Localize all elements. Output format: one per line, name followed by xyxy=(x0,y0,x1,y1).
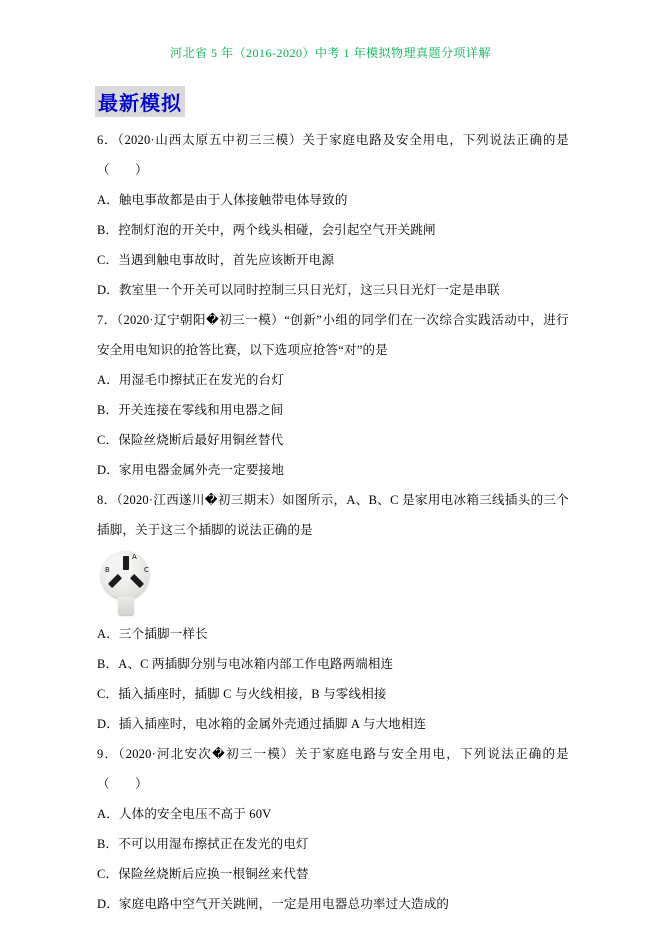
plug-stem xyxy=(118,597,134,615)
question-6: 6．（2020·山西太原五中初三三模）关于家庭电路及安全用电，下列说法正确的是（… xyxy=(97,125,569,305)
option-d: D．家庭电路中空气开关跳闸，一定是用电器总功率过大造成的 xyxy=(97,889,569,919)
option-b: B．控制灯泡的开关中，两个线头相碰，会引起空气开关跳闸 xyxy=(97,215,569,245)
option-a: A．人体的安全电压不高于 60V xyxy=(97,799,569,829)
option-c: C．保险丝烧断后应换一根铜丝来代替 xyxy=(97,859,569,889)
option-d: D．家用电器金属外壳一定要接地 xyxy=(97,455,569,485)
plug-prong-right-icon xyxy=(130,574,144,588)
option-b: B．不可以用湿布擦拭正在发光的电灯 xyxy=(97,829,569,859)
question-stem: 7．（2020·辽宁朝阳�初三一模）“创新”小组的同学们在一次综合实践活动中，进… xyxy=(97,305,569,365)
document-page: 河北省 5 年（2016-2020）中考 1 年模拟物理真题分项详解 最新模拟 … xyxy=(0,0,661,935)
plug-label-b: B xyxy=(105,567,110,574)
doc-title: 河北省 5 年（2016-2020）中考 1 年模拟物理真题分项详解 xyxy=(0,0,661,61)
question-stem: 8．（2020·江西遂川�初三期末）如图所示，A、B、C 是家用电冰箱三线插头的… xyxy=(97,485,569,545)
option-d: D．插入插座时，电冰箱的金属外壳通过插脚 A 与大地相连 xyxy=(97,709,569,739)
plug-head: A B C xyxy=(101,551,149,599)
section-title-row: 最新模拟 xyxy=(95,86,661,117)
question-stem: 9．（2020·河北安次�初三一模）关于家庭电路与安全用电，下列说法正确的是（ … xyxy=(97,739,569,799)
section-title: 最新模拟 xyxy=(95,86,185,117)
question-8: 8．（2020·江西遂川�初三期末）如图所示，A、B、C 是家用电冰箱三线插头的… xyxy=(97,485,569,739)
plug-figure: A B C xyxy=(99,551,157,617)
option-b: B．A、C 两插脚分别与电冰箱内部工作电路两端相连 xyxy=(97,649,569,679)
questions-area: 6．（2020·山西太原五中初三三模）关于家庭电路及安全用电，下列说法正确的是（… xyxy=(97,125,569,919)
plug-label-a: A xyxy=(132,554,137,561)
option-d: D．教室里一个开关可以同时控制三只日光灯，这三只日光灯一定是串联 xyxy=(97,275,569,305)
question-stem: 6．（2020·山西太原五中初三三模）关于家庭电路及安全用电，下列说法正确的是（… xyxy=(97,125,569,185)
plug-prong-left-icon xyxy=(108,574,122,588)
option-b: B．开关连接在零线和用电器之间 xyxy=(97,395,569,425)
option-a: A．触电事故都是由于人体接触带电体导致的 xyxy=(97,185,569,215)
option-c: C．插入插座时，插脚 C 与火线相接，B 与零线相接 xyxy=(97,679,569,709)
question-9: 9．（2020·河北安次�初三一模）关于家庭电路与安全用电，下列说法正确的是（ … xyxy=(97,739,569,919)
plug-prong-top-icon xyxy=(123,556,129,570)
question-7: 7．（2020·辽宁朝阳�初三一模）“创新”小组的同学们在一次综合实践活动中，进… xyxy=(97,305,569,485)
option-a: A．用湿毛巾擦拭正在发光的台灯 xyxy=(97,365,569,395)
option-a: A．三个插脚一样长 xyxy=(97,619,569,649)
plug-label-c: C xyxy=(144,567,149,574)
option-c: C．当遇到触电事故时，首先应该断开电源 xyxy=(97,245,569,275)
option-c: C．保险丝烧断后最好用铜丝替代 xyxy=(97,425,569,455)
